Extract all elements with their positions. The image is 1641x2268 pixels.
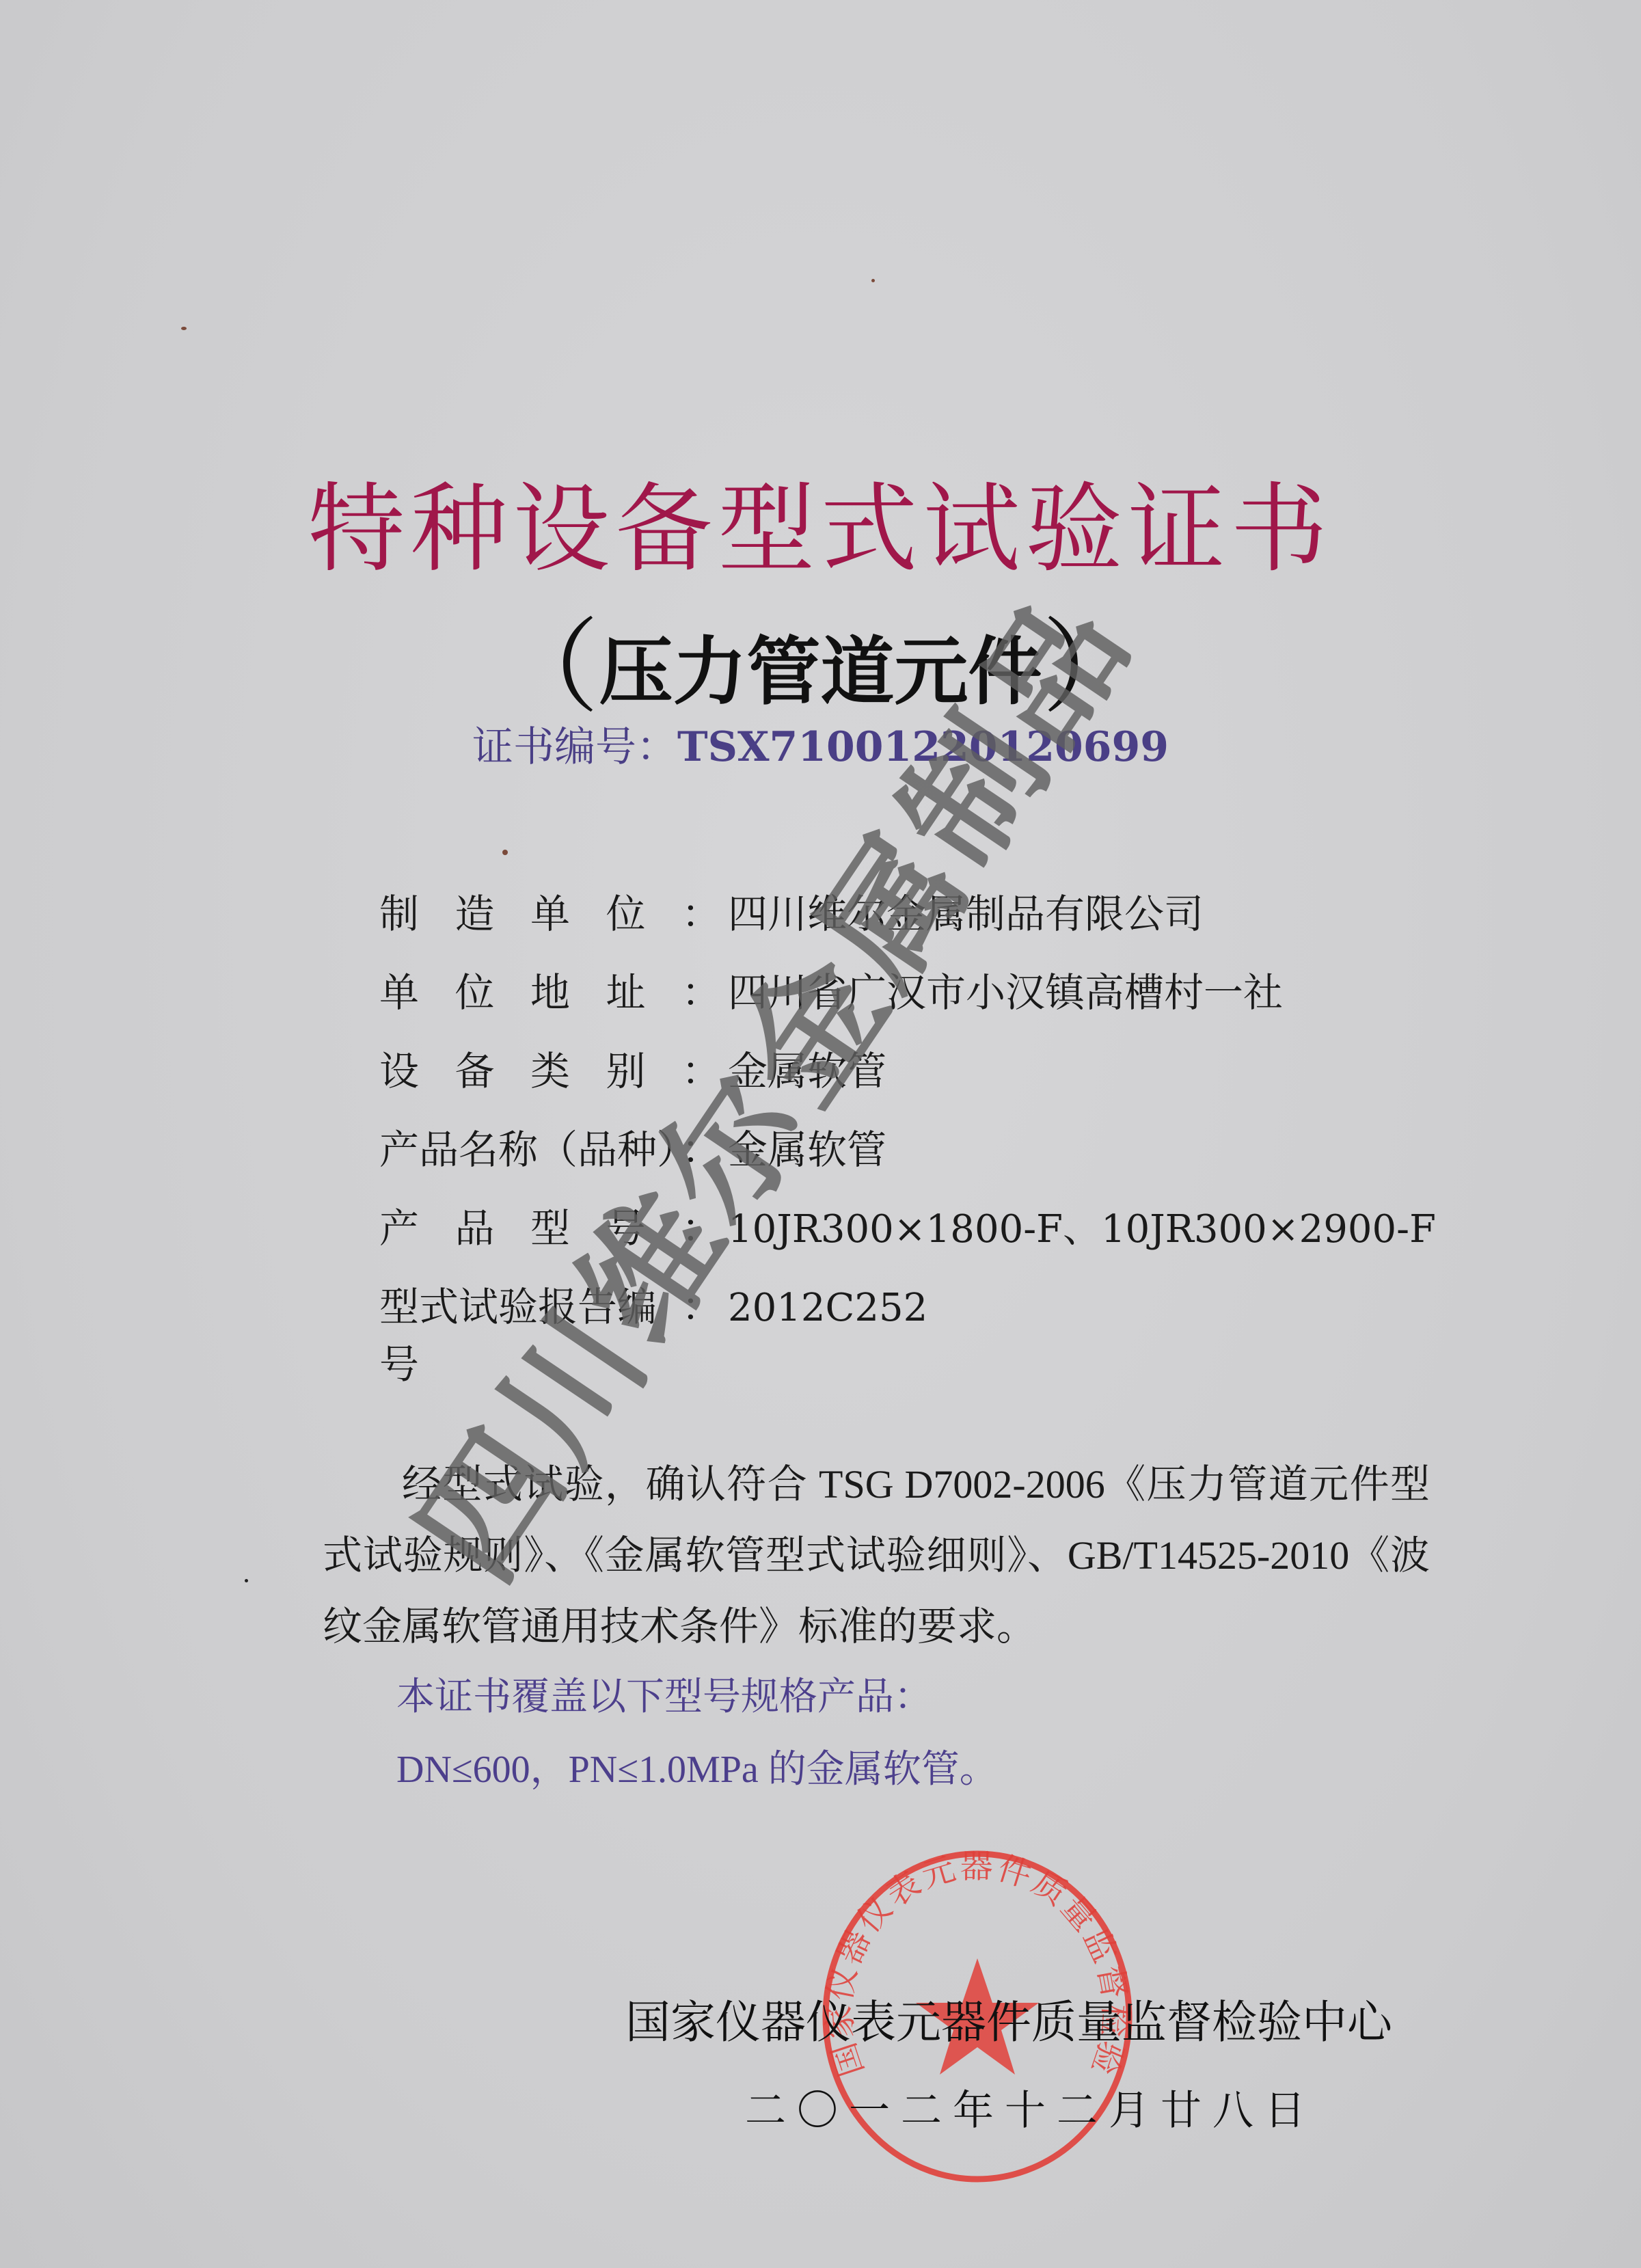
certificate-title: 特种设备型式试验证书 <box>0 451 1641 591</box>
label-char: 别 <box>606 1039 645 1096</box>
field-label: 产 品 型 号 ： <box>379 1196 721 1254</box>
coverage-block: 本证书覆盖以下型号规格产品： DN≤600，PN≤1.0MPa 的金属软管。 <box>396 1661 998 1806</box>
field-value: 2012C252 <box>728 1286 927 1330</box>
field-equipment-category: 设 备 类 别 ： 金属软管 <box>379 1039 1436 1118</box>
scan-speck <box>245 1579 248 1582</box>
label-colon: ： <box>681 1118 721 1175</box>
label-char: 设 <box>379 1039 419 1096</box>
label-colon: ： <box>681 1196 721 1254</box>
label-char: 制 <box>379 882 419 939</box>
label-text: 型式试验报告编号 <box>379 1275 681 1390</box>
certificate-number: 证书编号：TSX71001220120699 <box>0 714 1641 773</box>
certificate-subtitle: （压力管道元件） <box>0 584 1641 732</box>
issue-date: 二〇一二年十二月廿八日 <box>745 2078 1316 2137</box>
field-label: 单 位 地 址 ： <box>379 960 721 1018</box>
field-list: 制 造 单 位 ： 四川维尔金属制品有限公司 单 位 地 址 ： 四川省广汉市小… <box>379 882 1436 1353</box>
label-colon: ： <box>681 1275 721 1390</box>
certificate-number-label: 证书编号： <box>472 723 677 771</box>
certificate-number-value: TSX71001220120699 <box>677 723 1169 771</box>
field-value: 四川省广汉市小汉镇高槽村一社 <box>728 960 1283 1018</box>
label-char: 备 <box>455 1039 494 1096</box>
coverage-line-2: DN≤600，PN≤1.0MPa 的金属软管。 <box>396 1733 998 1806</box>
scan-speck <box>181 327 187 330</box>
coverage-line-1: 本证书覆盖以下型号规格产品： <box>396 1661 998 1733</box>
open-paren: （ <box>496 608 599 727</box>
label-char: 地 <box>530 960 570 1018</box>
label-char: 位 <box>606 882 645 939</box>
scan-speck <box>502 850 508 855</box>
field-address: 单 位 地 址 ： 四川省广汉市小汉镇高槽村一社 <box>379 960 1436 1039</box>
field-value: 四川维尔金属制品有限公司 <box>728 882 1204 939</box>
label-colon: ： <box>681 960 721 1018</box>
field-label: 制 造 单 位 ： <box>379 882 721 939</box>
label-char: 位 <box>455 960 494 1018</box>
field-test-report-number: 型式试验报告编号： 2012C252 <box>379 1275 1436 1353</box>
field-value: 金属软管 <box>728 1039 886 1096</box>
label-colon: ： <box>681 882 721 939</box>
label-text: 产品名称（品种） <box>379 1118 681 1175</box>
field-value: 金属软管 <box>728 1118 886 1175</box>
label-colon: ： <box>681 1039 721 1096</box>
subtitle-text: 压力管道元件 <box>599 630 1042 715</box>
scan-speck <box>871 279 875 282</box>
field-product-model: 产 品 型 号 ： 10JR300×1800-F、10JR300×2900-F <box>379 1196 1436 1275</box>
label-char: 造 <box>455 882 494 939</box>
label-char: 产 <box>379 1196 419 1254</box>
field-label: 型式试验报告编号： <box>379 1275 721 1390</box>
label-char: 单 <box>530 882 570 939</box>
issuing-authority: 国家仪器仪表元器件质量监督检验中心 <box>625 1986 1392 2051</box>
label-char: 号 <box>606 1196 645 1254</box>
close-paren: ） <box>1042 608 1145 727</box>
field-label: 产品名称（品种）： <box>379 1118 721 1175</box>
field-label: 设 备 类 别 ： <box>379 1039 721 1096</box>
label-char: 类 <box>530 1039 570 1096</box>
label-char: 品 <box>455 1196 494 1254</box>
field-value: 10JR300×1800-F、10JR300×2900-F <box>728 1199 1436 1254</box>
field-product-name: 产品名称（品种）： 金属软管 <box>379 1118 1436 1196</box>
label-char: 单 <box>379 960 419 1018</box>
compliance-statement: 经型式试验，确认符合 TSG D7002-2006《压力管道元件型式试验规则》、… <box>323 1449 1430 1662</box>
label-char: 址 <box>606 960 645 1018</box>
label-char: 型 <box>530 1196 570 1254</box>
field-manufacturer: 制 造 单 位 ： 四川维尔金属制品有限公司 <box>379 882 1436 960</box>
